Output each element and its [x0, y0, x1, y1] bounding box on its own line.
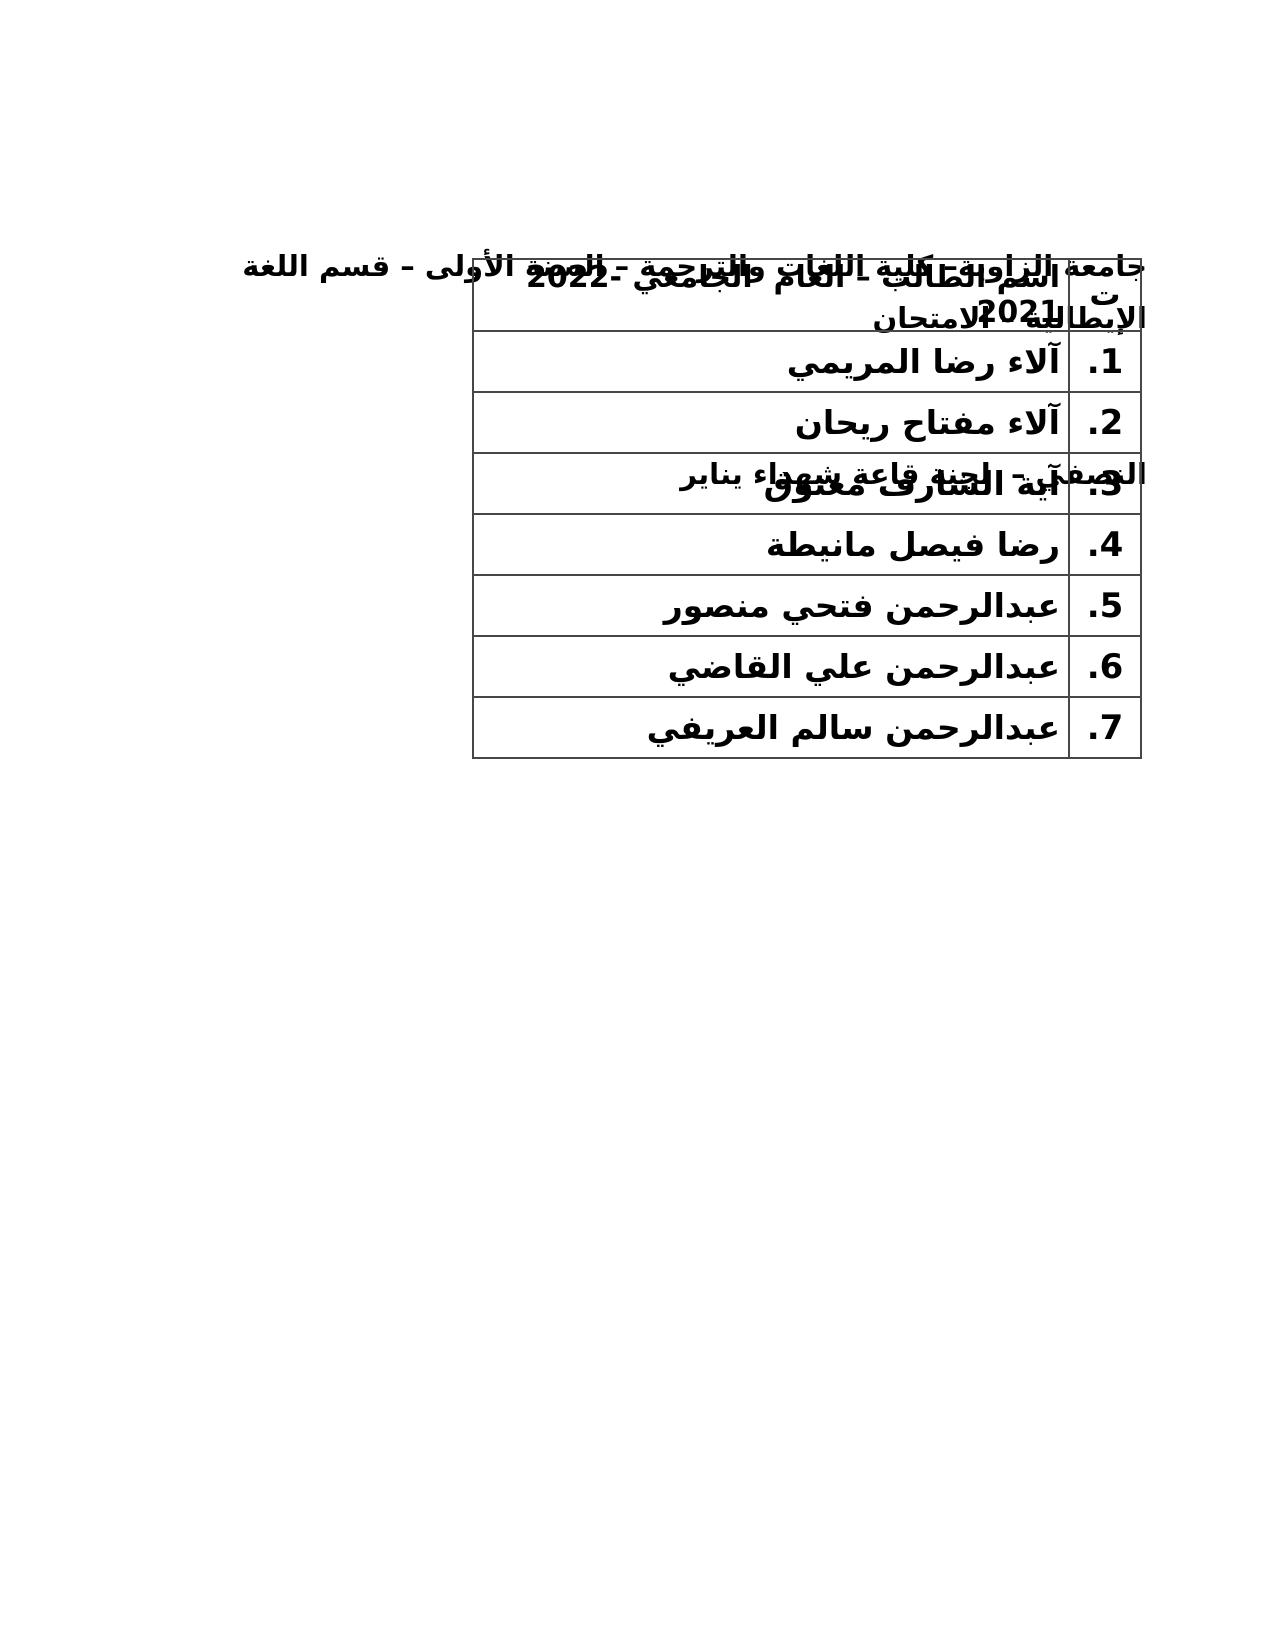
row-index-cell: 3. [1069, 453, 1141, 514]
row-index-cell: 1. [1069, 331, 1141, 392]
table-row: 3. آية الشارف معتوق [473, 453, 1141, 514]
student-name-cell: رضا فيصل مانيطة [473, 514, 1069, 575]
student-name-cell: عبدالرحمن علي القاضي [473, 636, 1069, 697]
index-column-header: ت [1069, 259, 1141, 331]
row-index-cell: 4. [1069, 514, 1141, 575]
document-page: جامعة الزاوية– كلية اللغات والترجمة – ال… [0, 0, 1275, 1650]
table-row: 7. عبدالرحمن سالم العريفي [473, 697, 1141, 758]
row-index-cell: 6. [1069, 636, 1141, 697]
table-row: 4. رضا فيصل مانيطة [473, 514, 1141, 575]
student-name-cell: آلاء مفتاح ريحان [473, 392, 1069, 453]
table-row: 1. آلاء رضا المريمي [473, 331, 1141, 392]
table-row: 6. عبدالرحمن علي القاضي [473, 636, 1141, 697]
student-name-cell: آلاء رضا المريمي [473, 331, 1069, 392]
row-index-cell: 7. [1069, 697, 1141, 758]
student-name-cell: عبدالرحمن سالم العريفي [473, 697, 1069, 758]
table-header-row: ت اسم الطالب – العام الجامعي 2022-2021 [473, 259, 1141, 331]
table-row: 5. عبدالرحمن فتحي منصور [473, 575, 1141, 636]
student-name-cell: آية الشارف معتوق [473, 453, 1069, 514]
table-row: 2. آلاء مفتاح ريحان [473, 392, 1141, 453]
row-index-cell: 2. [1069, 392, 1141, 453]
row-index-cell: 5. [1069, 575, 1141, 636]
name-column-header: اسم الطالب – العام الجامعي 2022-2021 [473, 259, 1069, 331]
student-name-cell: عبدالرحمن فتحي منصور [473, 575, 1069, 636]
name-header-label: اسم الطالب – العام الجامعي [632, 260, 1060, 295]
students-table: ت اسم الطالب – العام الجامعي 2022-2021 1… [472, 258, 1142, 759]
